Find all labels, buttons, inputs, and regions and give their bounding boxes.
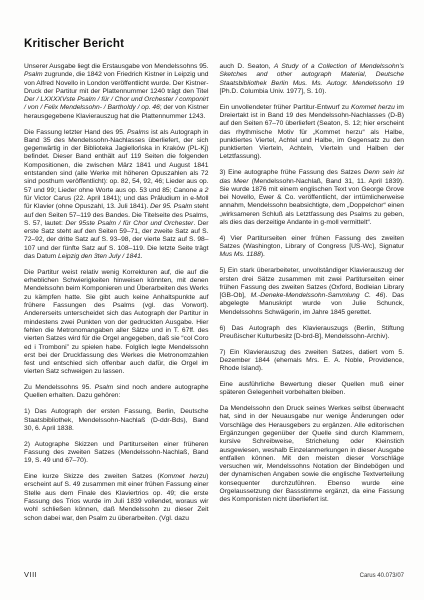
italic-text-run: Psalms [127, 129, 149, 136]
text-run: ) erscheint auf S. 49 zusammen mit einer… [24, 473, 209, 521]
text-run: Eine ausführliche Bewertung dieser Quell… [220, 381, 405, 396]
page-footer: VIII Carus 40.073/07 [24, 570, 404, 579]
paragraph: Die Partitur weist relativ wenig Korrekt… [24, 269, 209, 377]
paragraph: 4) Vier Partiturseiten einer frühen Fass… [220, 235, 405, 260]
italic-text-run: Der 95. Psalm [150, 203, 192, 210]
text-run: auch D. Seaton, [220, 63, 274, 70]
column-left: Unserer Ausgabe liegt die Erstausgabe vo… [24, 63, 209, 530]
italic-text-run: Psalm [24, 71, 43, 78]
italic-text-run: a 2 [199, 187, 208, 194]
page-title: Kritischer Bericht [24, 38, 404, 50]
paragraph: 3) Eine autographe frühe Fassung des Sat… [220, 169, 405, 227]
text-run: 2) Autographe Skizzen und Partiturseiten… [24, 441, 209, 465]
text-run: Unserer Ausgabe liegt die Erstausgabe vo… [24, 63, 209, 70]
paragraph: 2) Autographe Skizzen und Partiturseiten… [24, 441, 209, 466]
italic-text-run: Psalm [95, 384, 114, 391]
edition-number: Carus 40.073/07 [360, 573, 404, 579]
italic-text-run: Der 95ste Psalm / für Chor und Orchester [65, 220, 193, 227]
text-run: Eine kurze Skizze des zweiten Satzes ( [24, 473, 160, 480]
text-run: im Dreiertakt ist in Band 19 des Mendels… [220, 104, 405, 161]
paragraph: Da Mendelssohn den Druck seines Werkes s… [220, 405, 405, 505]
italic-text-run: M.-Deneke-Mendelssohn-Sammlung C. 46 [251, 292, 384, 299]
paragraph: Unserer Ausgabe liegt die Erstausgabe vo… [24, 63, 209, 121]
text-run: zugrunde, die 1842 von Friedrich Kistner… [24, 71, 209, 95]
text-run: Ein unvollendeter früher Partitur-Entwur… [220, 104, 352, 111]
text-run: Zu Mendelssohns 95. [24, 384, 95, 391]
paragraph: 6) Das Autograph des Klavierauszugs (Ber… [220, 325, 405, 342]
paragraph: 5) Ein stark überarbeiteter, unvollständ… [220, 267, 405, 317]
text-columns: Unserer Ausgabe liegt die Erstausgabe vo… [24, 63, 404, 530]
italic-text-run: Kommet herzu [351, 104, 395, 111]
paragraph: auch D. Seaton, A Study of a Collection … [220, 63, 405, 96]
paragraph: 7) Ein Klavierauszug des zweiten Satzes,… [220, 349, 405, 374]
text-run: 6) Das Autograph des Klavierauszugs (Ber… [220, 325, 405, 340]
text-run: Da Mendelssohn den Druck seines Werkes s… [220, 405, 405, 503]
text-run: . [141, 253, 143, 260]
paragraph: Ein unvollendeter früher Partitur-Entwur… [220, 104, 405, 162]
text-run: [Ph.D. Columbia Univ. 1977], S. 10). [220, 88, 327, 95]
text-run: 7) Ein Klavierauszug des zweiten Satzes,… [220, 349, 405, 373]
paragraph: 1) Das Autograph der ersten Fassung, Ber… [24, 408, 209, 433]
paragraph: Die Fassung letzter Hand des 95. Psalms … [24, 129, 209, 262]
text-run: ). [261, 251, 265, 258]
column-right: auch D. Seaton, A Study of a Collection … [220, 63, 405, 530]
italic-text-run: Kommet herzu [160, 473, 207, 480]
text-run: ist als Autograph in Band 35 des Mendels… [24, 129, 209, 194]
paragraph: Eine ausführliche Bewertung dieser Quell… [220, 381, 405, 398]
text-run: 1) Das Autograph der ersten Fassung, Ber… [24, 408, 209, 432]
text-run: 4) Vier Partiturseiten einer frühen Fass… [220, 235, 405, 250]
italic-text-run: Mus Ms. 1188 [220, 251, 261, 258]
paragraph: Zu Mendelssohns 95. Psalm sind noch ande… [24, 384, 209, 401]
paragraph: Eine kurze Skizze des zweiten Satzes (Ko… [24, 473, 209, 523]
kritischer-bericht-page: Kritischer Bericht Unserer Ausgabe liegt… [0, 0, 424, 600]
page-number: VIII [24, 570, 37, 579]
text-run: Die Fassung letzter Hand des 95. [24, 129, 127, 136]
text-run: 3) Eine autographe frühe Fassung des Sat… [220, 169, 364, 176]
italic-text-run: Leipzig den 3ten July / 1841 [58, 253, 141, 260]
text-run: Die Partitur weist relativ wenig Korrekt… [24, 269, 209, 376]
